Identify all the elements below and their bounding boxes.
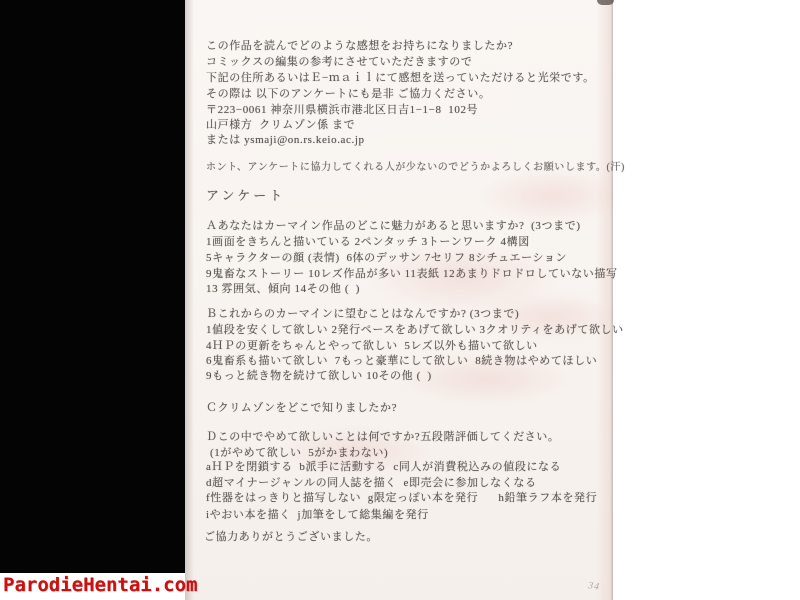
- questionnaire-title: アンケート: [206, 189, 285, 202]
- section-b-option-line: 1値段を安くして欲しい 2発行ペースをあげて欲しい 3クオリティをあげて欲しい: [206, 324, 624, 337]
- intro-line: 下記の住所あるいはＥ−ｍａｉｌにて感想を送っていただけると光栄です。: [206, 72, 595, 85]
- page-gutter-shadow: [185, 0, 194, 600]
- watermark-text: ParodieHentai.com: [3, 574, 197, 596]
- intro-line: この作品を読んでどのような感想をお持ちになりましたか?: [206, 40, 513, 53]
- section-d-option-line: iやおい本を描く j加筆をして総集編を発行: [206, 509, 429, 522]
- scan-artifact-smudge: [597, 0, 614, 5]
- section-a-option-line: 5キャラクターの顔 (表情) 6体のデッサン 7セリフ 8シチュエーション: [206, 252, 567, 265]
- email-line: または ysmaji@on.rs.keio.ac.jp: [206, 134, 365, 147]
- section-b-header: Ｂこれからのカーマインに望むことはなんですか? (3つまで): [206, 308, 519, 321]
- postal-address-line: 〒223−0061 神奈川県横浜市港北区日吉1−1−8 102号: [206, 104, 478, 117]
- intro-line: その際は 以下のアンケートにも是非 ご協力ください。: [206, 88, 490, 101]
- intro-line: コミックスの編集の参考にさせていただきますので: [206, 56, 472, 69]
- section-d-option-line: aＨＰを閉鎖する b派手に活動する c同人が消費税込みの値段になる: [206, 461, 561, 474]
- scanner-background-right: [613, 0, 800, 600]
- page-fore-edge-tint: [596, 0, 610, 600]
- addressee-line: 山戸様方 クリムゾン係 まで: [206, 119, 355, 132]
- section-c-header: Ｃクリムゾンをどこで知りましたか?: [206, 402, 397, 415]
- section-a-option-line: 1画面をきちんと描いている 2ペンタッチ 3トーンワーク 4構図: [206, 236, 530, 249]
- section-d-option-line: f性器をはっきりと描写しない g限定っぽい本を発行 h鉛筆ラフ本を発行: [206, 492, 597, 505]
- plea-line: ホント、アンケートに協力してくれる人が少ないのでどうかよろしくお願いします。(汗…: [206, 161, 625, 174]
- section-d-option-line: d超マイナージャンルの同人誌を描く e即売会に参加しなくなる: [206, 477, 537, 490]
- section-d-scale-note: (1がやめて欲しい 5がかまわない): [210, 447, 388, 460]
- black-margin: [0, 0, 185, 573]
- section-b-option-line: 6鬼畜系も描いて欲しい 7もっと豪華にして欲しい 8続き物はやめてほしい: [206, 355, 597, 368]
- section-a-option-line: 13 雰囲気、傾向 14その他 ( ): [206, 283, 360, 296]
- section-a-header: Ａあなたはカーマイン作品のどこに魅力があると思いますか? (3つまで): [206, 220, 581, 233]
- section-b-option-line: 9もっと続き物を続けて欲しい 10その他 ( ): [206, 370, 432, 383]
- scanned-questionnaire-screenshot: { "colors": { "margin_black": "#040404",…: [0, 0, 800, 600]
- section-d-header: Ｄこの中でやめて欲しいことは何ですか?五段階評価してください。: [206, 431, 559, 444]
- closing-thanks-line: ご協力ありがとうございました。: [204, 531, 378, 544]
- section-a-option-line: 9鬼畜なストーリー 10レズ作品が多い 11表紙 12あまりドロドロしていない描…: [206, 268, 618, 281]
- page-number: 34: [587, 580, 600, 593]
- section-b-option-line: 4ＨＰの更新をちゃんとやって欲しい 5レズ以外も描いて欲しい: [206, 340, 538, 353]
